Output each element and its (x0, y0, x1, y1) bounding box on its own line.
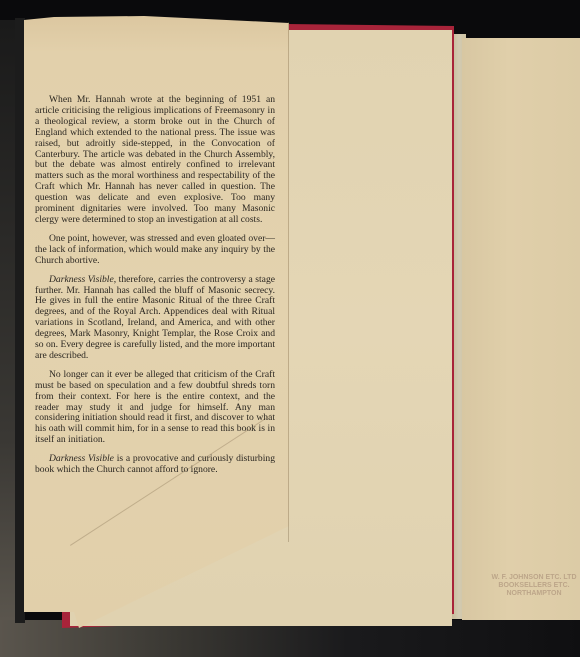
flap-blurb: When Mr. Hannah wrote at the beginning o… (35, 95, 275, 484)
flap-edge-line (288, 22, 289, 542)
blurb-paragraph: No longer can it ever be alleged that cr… (35, 370, 275, 446)
book-title: Darkness Visible (49, 274, 114, 285)
book-title: Darkness Visible (49, 453, 114, 464)
blurb-paragraph: Darkness Visible, therefore, carries the… (35, 275, 275, 362)
blurb-paragraph: When Mr. Hannah wrote at the beginning o… (35, 95, 275, 226)
free-endpaper (462, 38, 580, 620)
blurb-paragraph: One point, however, was stressed and eve… (35, 234, 275, 267)
bookseller-stamp: W. F. JOHNSON ETC. LTD BOOKSELLERS ETC. … (490, 574, 578, 598)
blurb-paragraph: Darkness Visible is a provocative and cu… (35, 454, 275, 476)
book-spine-edge (15, 18, 25, 623)
